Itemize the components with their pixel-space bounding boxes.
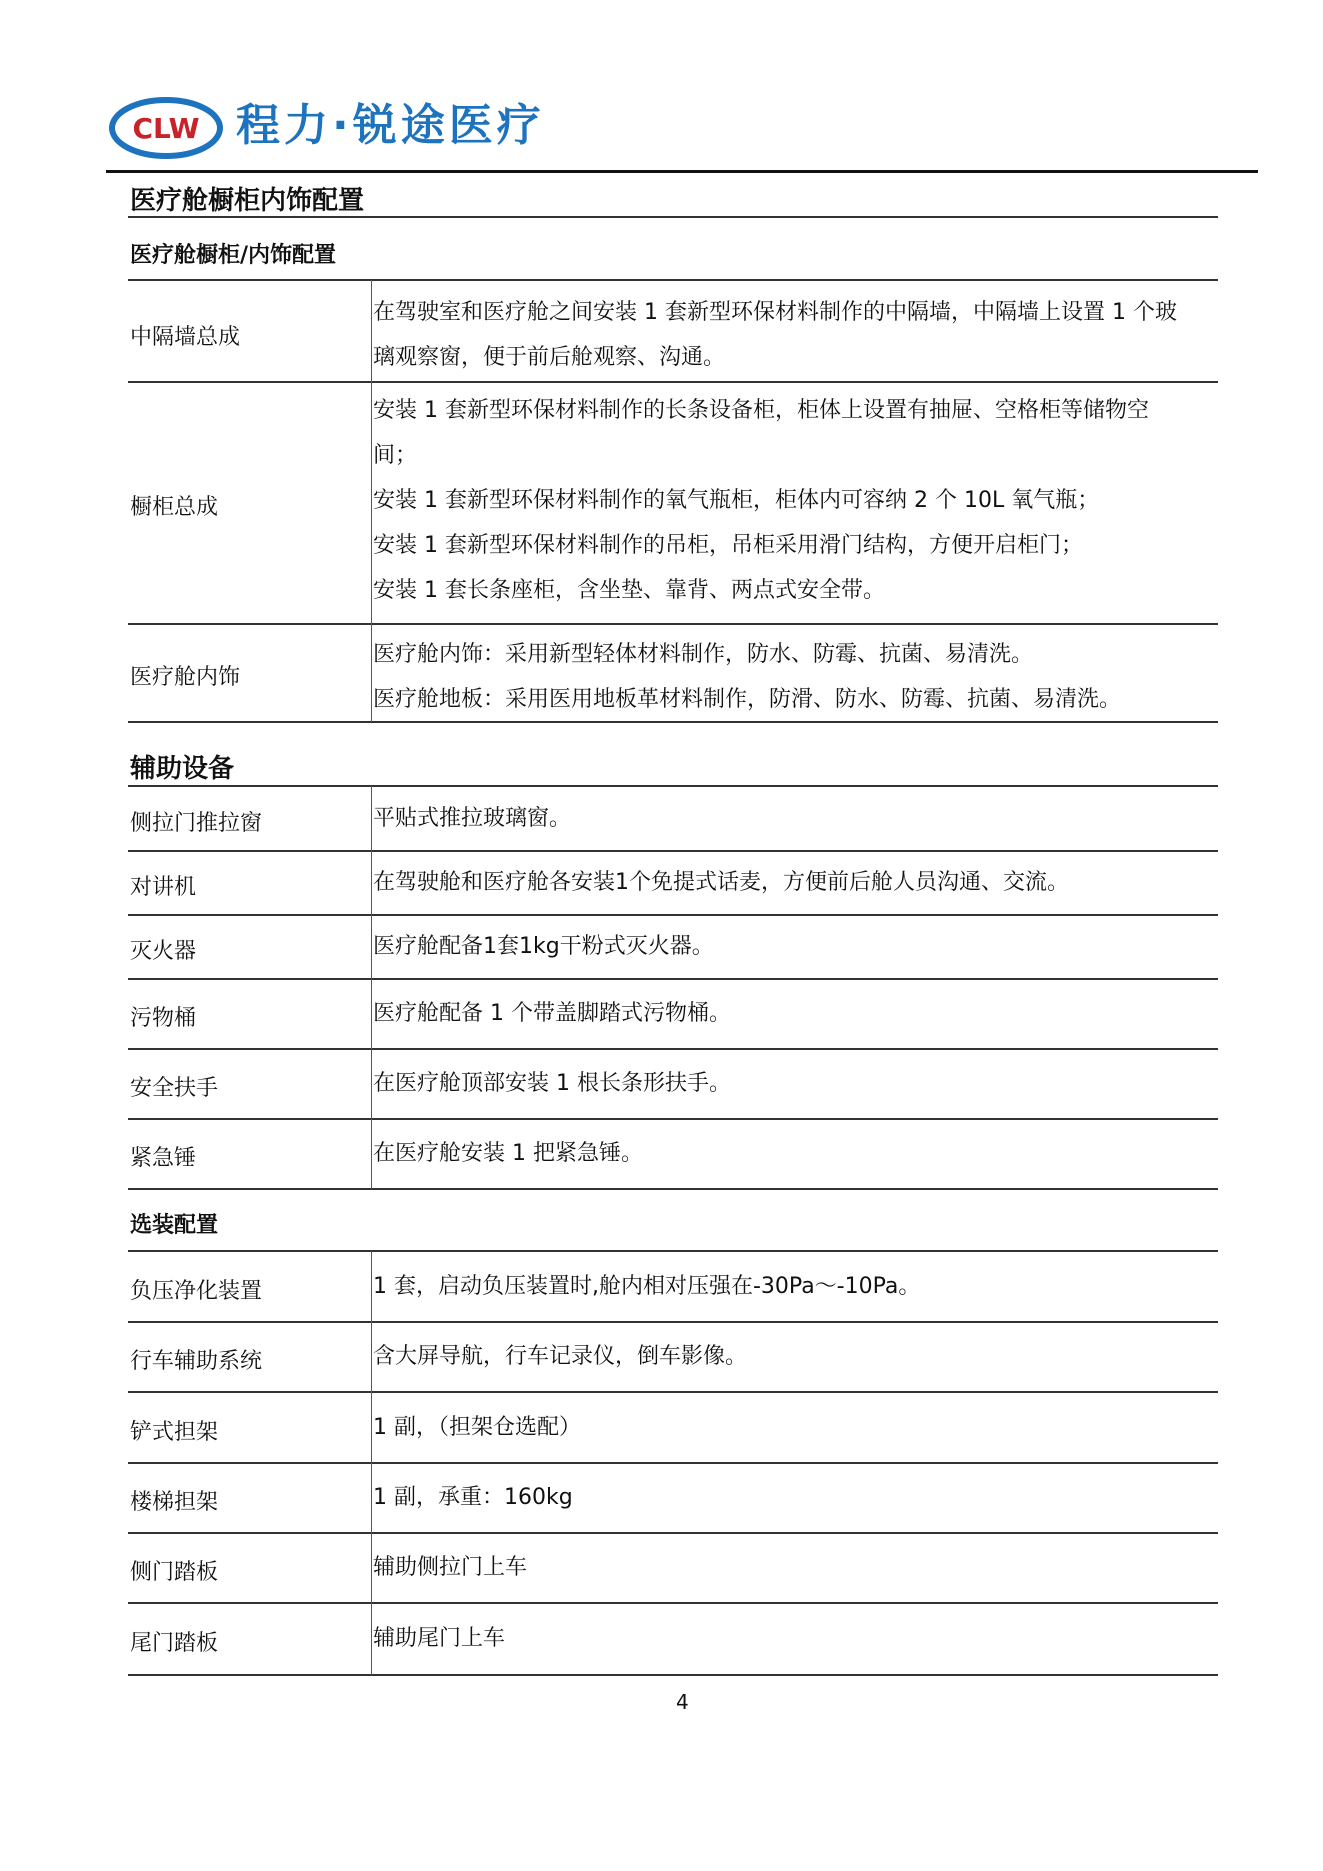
divider — [128, 721, 1218, 723]
section-title-cabinet: 医疗舱橱柜内饰配置 — [130, 180, 364, 217]
brand-name: 程力·锐途医疗 — [236, 96, 545, 156]
divider — [128, 1250, 1218, 1252]
divider — [128, 978, 1218, 980]
table-row-desc: 辅助尾门上车 — [373, 1616, 1213, 1661]
section-subtitle-cabinet: 医疗舱橱柜/内饰配置 — [130, 238, 336, 269]
divider — [128, 381, 1218, 383]
desc-line: 安装 1 套新型环保材料制作的长条设备柜，柜体上设置有抽屉、空格柜等储物空 — [373, 388, 1213, 433]
table-row-desc: 在医疗舱安装 1 把紧急锤。 — [373, 1131, 1213, 1176]
desc-line: 安装 1 套新型环保材料制作的氧气瓶柜，柜体内可容纳 2 个 10L 氧气瓶； — [373, 478, 1213, 523]
divider — [128, 785, 1218, 787]
table-row-label: 楼梯担架 — [130, 1485, 218, 1516]
divider — [128, 914, 1218, 916]
divider — [128, 1391, 1218, 1393]
divider — [128, 623, 1218, 625]
divider — [128, 1532, 1218, 1534]
section-title-optional: 选装配置 — [130, 1208, 218, 1239]
desc-line: 间； — [373, 433, 1213, 478]
table-row-desc: 辅助侧拉门上车 — [373, 1545, 1213, 1590]
table-row-label: 侧拉门推拉窗 — [130, 806, 262, 837]
table-row-desc: 医疗舱配备1套1kg干粉式灭火器。 — [373, 924, 1213, 969]
table-row-desc: 医疗舱内饰：采用新型轻体材料制作，防水、防霉、抗菌、易清洗。 医疗舱地板：采用医… — [373, 632, 1213, 722]
desc-line: 医疗舱地板：采用医用地板革材料制作，防滑、防水、防霉、抗菌、易清洗。 — [373, 677, 1213, 722]
table-row-desc: 1 副，承重：160kg — [373, 1475, 1213, 1520]
page-number: 4 — [676, 1690, 689, 1714]
desc-line: 医疗舱内饰：采用新型轻体材料制作，防水、防霉、抗菌、易清洗。 — [373, 632, 1213, 677]
table-row-label: 安全扶手 — [130, 1071, 218, 1102]
table-row-desc: 在驾驶舱和医疗舱各安装1个免提式话麦，方便前后舱人员沟通、交流。 — [373, 860, 1213, 905]
table-row-label: 灭火器 — [130, 934, 196, 965]
divider — [128, 1188, 1218, 1190]
table-row-desc: 1 副，（担架仓选配） — [373, 1405, 1213, 1450]
desc-line: 在驾驶室和医疗舱之间安装 1 套新型环保材料制作的中隔墙，中隔墙上设置 1 个玻 — [373, 290, 1213, 335]
table-row-label: 对讲机 — [130, 870, 196, 901]
table-row-label: 中隔墙总成 — [130, 320, 240, 351]
column-divider — [371, 280, 372, 722]
table-row-desc: 在驾驶室和医疗舱之间安装 1 套新型环保材料制作的中隔墙，中隔墙上设置 1 个玻… — [373, 290, 1213, 380]
table-row-desc: 医疗舱配备 1 个带盖脚踏式污物桶。 — [373, 991, 1213, 1036]
divider — [128, 1118, 1218, 1120]
divider — [128, 1674, 1218, 1676]
desc-line: 璃观察窗，便于前后舱观察、沟通。 — [373, 335, 1213, 380]
divider — [128, 216, 1218, 218]
column-divider — [371, 1251, 372, 1675]
svg-text:CLW: CLW — [132, 112, 199, 145]
section-title-aux: 辅助设备 — [130, 748, 234, 785]
table-row-desc: 含大屏导航，行车记录仪，倒车影像。 — [373, 1334, 1213, 1379]
table-row-label: 医疗舱内饰 — [130, 660, 240, 691]
table-row-label: 紧急锤 — [130, 1141, 196, 1172]
divider — [128, 1048, 1218, 1050]
table-row-desc: 平贴式推拉玻璃窗。 — [373, 796, 1213, 841]
table-row-label: 侧门踏板 — [130, 1555, 218, 1586]
table-row-desc: 在医疗舱顶部安装 1 根长条形扶手。 — [373, 1061, 1213, 1106]
clw-logo-icon: CLW — [108, 96, 224, 160]
table-row-label: 负压净化装置 — [130, 1274, 262, 1305]
desc-line: 安装 1 套长条座柜，含坐垫、靠背、两点式安全带。 — [373, 568, 1213, 613]
table-row-label: 行车辅助系统 — [130, 1344, 262, 1375]
table-row-label: 污物桶 — [130, 1001, 196, 1032]
table-row-desc: 1 套，启动负压装置时,舱内相对压强在-30Pa～-10Pa。 — [373, 1264, 1213, 1309]
column-divider — [371, 786, 372, 1189]
header-divider — [106, 170, 1258, 173]
divider — [128, 1321, 1218, 1323]
table-row-desc: 安装 1 套新型环保材料制作的长条设备柜，柜体上设置有抽屉、空格柜等储物空 间；… — [373, 388, 1213, 613]
divider — [128, 1602, 1218, 1604]
table-row-label: 尾门踏板 — [130, 1626, 218, 1657]
desc-line: 安装 1 套新型环保材料制作的吊柜，吊柜采用滑门结构，方便开启柜门； — [373, 523, 1213, 568]
divider — [128, 850, 1218, 852]
divider — [128, 279, 1218, 281]
table-row-label: 橱柜总成 — [130, 490, 218, 521]
divider — [128, 1462, 1218, 1464]
table-row-label: 铲式担架 — [130, 1415, 218, 1446]
